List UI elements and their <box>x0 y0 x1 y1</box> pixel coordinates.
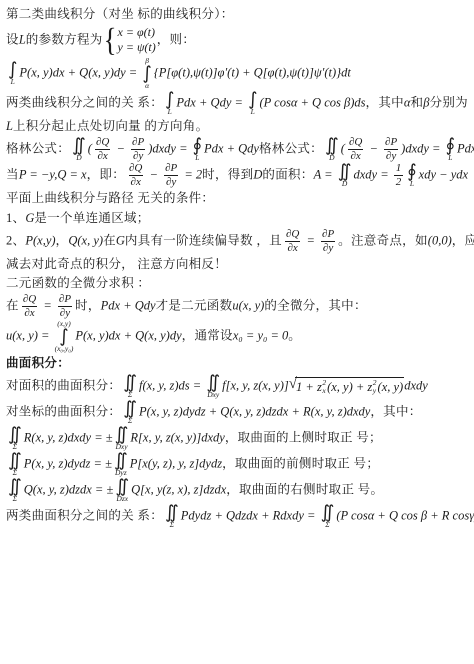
text-run: 是一个单连通区域； <box>34 211 149 225</box>
text-run: 设 <box>6 32 19 46</box>
numerator: ∂Q <box>21 294 38 306</box>
math-run: − <box>146 167 161 181</box>
double-integral-sign: ∫∫Σ <box>8 426 22 451</box>
fraction: ∂Q∂x <box>347 137 364 162</box>
sup-sub-stack: 2x <box>322 379 326 395</box>
math-run: = 2 <box>181 167 202 181</box>
math-run: (x, y) + <box>327 380 367 394</box>
text-run: 。 <box>288 328 301 342</box>
math-run: R(x, y, z)dxdy = ± <box>24 431 113 445</box>
text-run: 第二类曲线积分（对坐 标的曲线积分）： <box>6 7 234 21</box>
cases-row: x = φ(t) <box>118 25 156 41</box>
math-run: Pdx + Qdy = <box>176 95 246 109</box>
text-run: 时，得到 <box>202 167 253 181</box>
integral-sign: ∫L <box>165 91 174 116</box>
doc-line-6: 格林公式：∫∫D(∂Q∂x − ∂P∂y)dxdy = ∮LPdx + Qdy格… <box>6 137 470 162</box>
lower-limit: α <box>145 82 149 90</box>
sup-sub-stack: 2y <box>373 379 377 395</box>
integral-glyph: ∫∫ <box>325 137 339 154</box>
text-run: 。注意奇点，如 <box>338 233 428 247</box>
text-run: 格林公式： <box>259 141 323 155</box>
doc-line-1: 第二类曲线积分（对坐 标的曲线积分）： <box>6 5 470 24</box>
text-run: ，取曲面的前侧时取正 号； <box>222 457 379 471</box>
doc-line-3: ∫LP(x, y)dx + Q(x, y)dy = β∫α{P[φ(t),ψ(t… <box>6 57 470 90</box>
integral-glyph: ∫ <box>142 65 151 82</box>
integral-glyph: ∫∫ <box>321 504 335 521</box>
math-run: Pdx + Qdy <box>204 141 259 155</box>
math-run: ( <box>88 141 92 155</box>
math-run: f[x, y, z(x, y)] <box>222 378 289 392</box>
double-integral-sign: ∫∫Dyz <box>114 452 128 477</box>
fraction: ∂P∂y <box>163 163 179 188</box>
lower-limit: Σ <box>170 521 174 529</box>
integral-glyph: ∫∫ <box>338 163 352 180</box>
text-run: ，应 <box>452 233 474 247</box>
fraction: ∂P∂y <box>57 294 73 319</box>
lower-limit: (x₀,y₀) <box>55 345 74 353</box>
numerator: ∂P <box>320 229 336 241</box>
text-run: ，取曲面的上侧时取正 号； <box>225 431 382 445</box>
math-run: x₀ = y₀ = 0 <box>233 328 288 342</box>
doc-line-11: 减去对此奇点的积分， 注意方向相反！ <box>6 255 470 274</box>
numerator: ∂P <box>383 137 399 149</box>
lower-limit: L <box>448 154 452 162</box>
integral-glyph: ∫∫ <box>123 400 137 417</box>
integral-glyph: ∫∫ <box>114 452 128 469</box>
math-run: )dxdy = <box>148 141 190 155</box>
integral-glyph: ∫ <box>8 61 17 78</box>
math-run: 1 + <box>296 380 317 394</box>
integral-glyph: ∮ <box>193 137 202 154</box>
double-integral-sign: ∫∫Dzx <box>115 478 129 503</box>
lower-limit: Dzx <box>116 495 128 503</box>
double-integral-sign: ∫∫Dxy <box>115 426 129 451</box>
doc-line-13: 在∂Q∂x = ∂P∂y时，Pdx + Qdy才是二元函数u(x, y)的全微分… <box>6 294 470 319</box>
math-run: )dxdy = <box>401 141 443 155</box>
math-run: P(x, y)dx + Q(x, y)dy <box>75 328 181 342</box>
text-run: 两类曲面积分之间的关 系： <box>6 509 163 523</box>
math-run: Q[x, y(z, x), z]dzdx <box>131 483 226 497</box>
math-run: P(x, y)dx + Q(x, y)dy = <box>19 65 140 79</box>
sup-sub-group: z2y <box>367 378 377 397</box>
text-run: 平面上曲线积分与路径 无关的条件： <box>6 191 214 205</box>
math-run: Q(x, y, z)dzdx = ± <box>24 483 114 497</box>
fraction: 12 <box>394 163 404 188</box>
math-run: R[x, y, z(x, y)]dxdy <box>130 431 224 445</box>
integral-glyph: ∫ <box>165 91 174 108</box>
math-run: Q(x, y) <box>68 233 103 247</box>
text-run: ，即： <box>87 167 125 181</box>
numerator: ∂Q <box>347 137 364 149</box>
double-integral-sign: ∫∫D <box>338 163 352 188</box>
cases-rows: x = φ(t)y = ψ(t) <box>118 25 156 56</box>
numerator: ∂P <box>130 137 146 149</box>
bold-heading: 曲面积分： <box>6 356 70 370</box>
doc-line-12: 二元函数的全微分求积 ： <box>6 274 470 293</box>
integral-sign: ∫L <box>248 91 257 116</box>
denominator: ∂x <box>129 175 143 188</box>
doc-line-7: 当P = −y,Q = x，即：∂Q∂x − ∂P∂y = 2时，得到D的面积：… <box>6 163 470 188</box>
text-run: 两类曲线积分之间的关 系： <box>6 95 163 109</box>
square-root: √1 + z2x(x, y) + z2y(x, y) <box>289 375 404 398</box>
text-run: 减去对此奇点的积分， 注意方向相反！ <box>6 257 227 271</box>
math-run: (0,0) <box>428 233 452 247</box>
lower-limit: L <box>195 154 199 162</box>
math-run: G <box>116 233 125 247</box>
integral-sign: β∫α <box>142 57 151 90</box>
math-run: P(x,y) <box>25 233 55 247</box>
math-run: f(x, y, z)ds = <box>139 378 204 392</box>
integral-glyph: ∫∫ <box>8 452 22 469</box>
lower-limit: Σ <box>13 495 17 503</box>
fraction: ∂Q∂x <box>127 163 144 188</box>
math-run: {P[φ(t),ψ(t)]φ′(t) + Q[φ(t),ψ(t)]ψ′(t)}d… <box>154 65 351 79</box>
integral-glyph: ∫∫ <box>8 478 22 495</box>
denominator: ∂x <box>285 241 299 254</box>
math-run: u(x, y) = <box>6 328 53 342</box>
double-integral-sign: ∫∫D <box>325 137 339 162</box>
denominator: ∂y <box>384 149 398 162</box>
sup-sub-group: z2x <box>317 378 327 397</box>
math-run: A = <box>314 167 336 181</box>
numerator: ∂P <box>163 163 179 175</box>
cases-group: {x = φ(t)y = ψ(t) <box>104 25 156 56</box>
math-run: (P cosα + Q cos β)ds <box>259 95 365 109</box>
text-run: ，则： <box>157 32 195 46</box>
denominator: ∂x <box>22 306 36 319</box>
left-brace-icon: { <box>104 24 117 56</box>
fraction: ∂Q∂x <box>94 137 111 162</box>
lower-limit: D <box>329 154 334 162</box>
doc-line-8: 平面上曲线积分与路径 无关的条件： <box>6 189 470 208</box>
integral-sign: ∫L <box>8 61 17 86</box>
math-run: L <box>19 32 26 46</box>
math-run: xdy − ydx <box>419 167 468 181</box>
text-run: ，通常设 <box>182 328 233 342</box>
denominator: 2 <box>394 175 404 188</box>
text-run: 的参数方程为 <box>26 32 103 46</box>
integral-glyph: ∫∫ <box>165 504 179 521</box>
text-run: 上积分起止点处切向量 的方向角。 <box>13 119 208 133</box>
lower-limit: D <box>342 180 347 188</box>
text-run: 当 <box>6 167 19 181</box>
integral-glyph: ∫∫ <box>206 374 220 391</box>
subscript: x <box>322 387 326 395</box>
doc-line-2: 设L的参数方程为{x = φ(t)y = ψ(t)，则： <box>6 25 470 56</box>
denominator: ∂y <box>58 306 72 319</box>
numerator: ∂Q <box>284 229 301 241</box>
lower-limit: Σ <box>128 417 132 425</box>
text-run: 的面积： <box>262 167 313 181</box>
cases-row: y = ψ(t) <box>118 40 156 56</box>
integral-glyph: ∫∫ <box>72 137 86 154</box>
fraction: ∂Q∂x <box>21 294 38 319</box>
numerator: ∂Q <box>127 163 144 175</box>
doc-line-19: ∫∫ΣP(x, y, z)dydz = ±∫∫DyzP[x(y, z), y, … <box>6 452 470 477</box>
text-run: 1、 <box>6 211 25 225</box>
text-run: 的全微分，其中： <box>264 298 366 312</box>
denominator: ∂y <box>321 241 335 254</box>
doc-line-4: 两类曲线积分之间的关 系：∫LPdx + Qdy = ∫L(P cosα + Q… <box>6 91 470 116</box>
math-run: L <box>6 119 13 133</box>
text-run: ，取曲面的右侧时取正 号。 <box>226 483 383 497</box>
denominator: ∂x <box>348 149 362 162</box>
math-run: Pdydz + Qdzdx + Rdxdy = <box>181 509 319 523</box>
contour-integral-sign: ∮L <box>193 137 202 162</box>
fraction: ∂P∂y <box>130 137 146 162</box>
text-run: 2、 <box>6 233 25 247</box>
integral-sign: (x,y)∫(x₀,y₀) <box>55 320 74 353</box>
lower-limit: L <box>251 108 255 116</box>
math-run: (x, y) <box>378 380 404 394</box>
lower-limit: L <box>168 108 172 116</box>
fraction: ∂P∂y <box>383 137 399 162</box>
math-run: Pdx + Qdy <box>457 141 474 155</box>
math-run: − <box>113 141 128 155</box>
numerator: 1 <box>394 163 404 175</box>
text-run: ，其中： <box>370 404 421 418</box>
lower-limit: D <box>76 154 81 162</box>
lower-limit: L <box>11 78 15 86</box>
double-integral-sign: ∫∫Σ <box>165 504 179 529</box>
double-integral-sign: ∫∫Σ <box>321 504 335 529</box>
text-run: 和 <box>410 95 423 109</box>
integral-glyph: ∫∫ <box>115 426 129 443</box>
contour-integral-sign: ∮L <box>407 163 416 188</box>
denominator: ∂x <box>95 149 109 162</box>
math-run: ( <box>341 141 345 155</box>
denominator: ∂y <box>164 175 178 188</box>
math-run: − <box>366 141 381 155</box>
math-run: = <box>40 298 55 312</box>
text-run: 内具有一阶连续偏导数 ，且 <box>125 233 282 247</box>
integral-glyph: ∮ <box>446 137 455 154</box>
doc-line-9: 1、G是一个单连通区域； <box>6 209 470 228</box>
doc-line-5: L上积分起止点处切向量 的方向角。 <box>6 117 470 136</box>
fraction: ∂Q∂x <box>284 229 301 254</box>
doc-line-14: u(x, y) = (x,y)∫(x₀,y₀)P(x, y)dx + Q(x, … <box>6 320 470 353</box>
math-run: P = −y,Q = x <box>19 167 87 181</box>
radicand: 1 + z2x(x, y) + z2y(x, y) <box>295 377 404 397</box>
math-run: u(x, y) <box>232 298 264 312</box>
math-run: P[x(y, z), y, z]dydz <box>130 457 222 471</box>
math-run: Pdx + Qdy <box>101 298 156 312</box>
doc-line-20: ∫∫ΣQ(x, y, z)dzdx = ±∫∫DzxQ[x, y(z, x), … <box>6 478 470 503</box>
text-run: 在 <box>6 298 19 312</box>
radical-icon: √ <box>289 373 297 396</box>
text-run: 对坐标的曲面积分： <box>6 404 121 418</box>
integral-glyph: ∫∫ <box>115 478 129 495</box>
double-integral-sign: ∫∫Σ <box>123 400 137 425</box>
doc-line-17: 对坐标的曲面积分：∫∫ΣP(x, y, z)dydz + Q(x, y, z)d… <box>6 400 470 425</box>
math-run: P(x, y, z)dydz + Q(x, y, z)dzdx + R(x, y… <box>139 404 370 418</box>
double-integral-sign: ∫∫Σ <box>123 374 137 399</box>
integral-glyph: ∫ <box>59 328 68 345</box>
document-content: 第二类曲线积分（对坐 标的曲线积分）：设L的参数方程为{x = φ(t)y = … <box>6 5 470 529</box>
text-run: ，其中 <box>366 95 404 109</box>
text-run: 二元函数的全微分求积 ： <box>6 276 150 290</box>
math-run: (P cosα + Q cos β + R cosγ)ds <box>336 509 474 523</box>
text-run: 对面积的曲面积分： <box>6 378 121 392</box>
lower-limit: L <box>410 180 414 188</box>
sup-sub-base: z <box>367 378 372 397</box>
contour-integral-sign: ∮L <box>446 137 455 162</box>
lower-limit: Dxy <box>207 391 219 399</box>
text-run: 时， <box>75 298 101 312</box>
doc-line-10: 2、P(x,y)，Q(x, y)在G内具有一阶连续偏导数 ，且∂Q∂x = ∂P… <box>6 229 470 254</box>
text-run: 在 <box>103 233 116 247</box>
math-run: dxdy = <box>353 167 391 181</box>
math-run: P(x, y, z)dydz = ± <box>24 457 112 471</box>
integral-glyph: ∫∫ <box>123 374 137 391</box>
subscript: y <box>373 387 377 395</box>
doc-line-21: 两类曲面积分之间的关 系：∫∫ΣPdydz + Qdzdx + Rdxdy = … <box>6 504 470 529</box>
integral-glyph: ∫ <box>248 91 257 108</box>
numerator: ∂P <box>57 294 73 306</box>
denominator: ∂y <box>131 149 145 162</box>
double-integral-sign: ∫∫D <box>72 137 86 162</box>
numerator: ∂Q <box>94 137 111 149</box>
text-run: 才是二元函数 <box>156 298 233 312</box>
double-integral-sign: ∫∫Dxy <box>206 374 220 399</box>
lower-limit: Σ <box>325 521 329 529</box>
double-integral-sign: ∫∫Σ <box>8 478 22 503</box>
fraction: ∂P∂y <box>320 229 336 254</box>
text-run: ， <box>56 233 69 247</box>
double-integral-sign: ∫∫Σ <box>8 452 22 477</box>
text-run: 格林公式： <box>6 141 70 155</box>
doc-line-15: 曲面积分： <box>6 354 470 373</box>
integral-glyph: ∮ <box>407 163 416 180</box>
text-run: 分别为 <box>430 95 468 109</box>
doc-line-18: ∫∫ΣR(x, y, z)dxdy = ±∫∫DxyR[x, y, z(x, y… <box>6 426 470 451</box>
math-run: = <box>303 233 318 247</box>
doc-line-16: 对面积的曲面积分：∫∫Σf(x, y, z)ds = ∫∫Dxyf[x, y, … <box>6 374 470 399</box>
math-run: dxdy <box>404 378 428 392</box>
document-page: 第二类曲线积分（对坐 标的曲线积分）：设L的参数方程为{x = φ(t)y = … <box>0 0 474 664</box>
integral-glyph: ∫∫ <box>8 426 22 443</box>
